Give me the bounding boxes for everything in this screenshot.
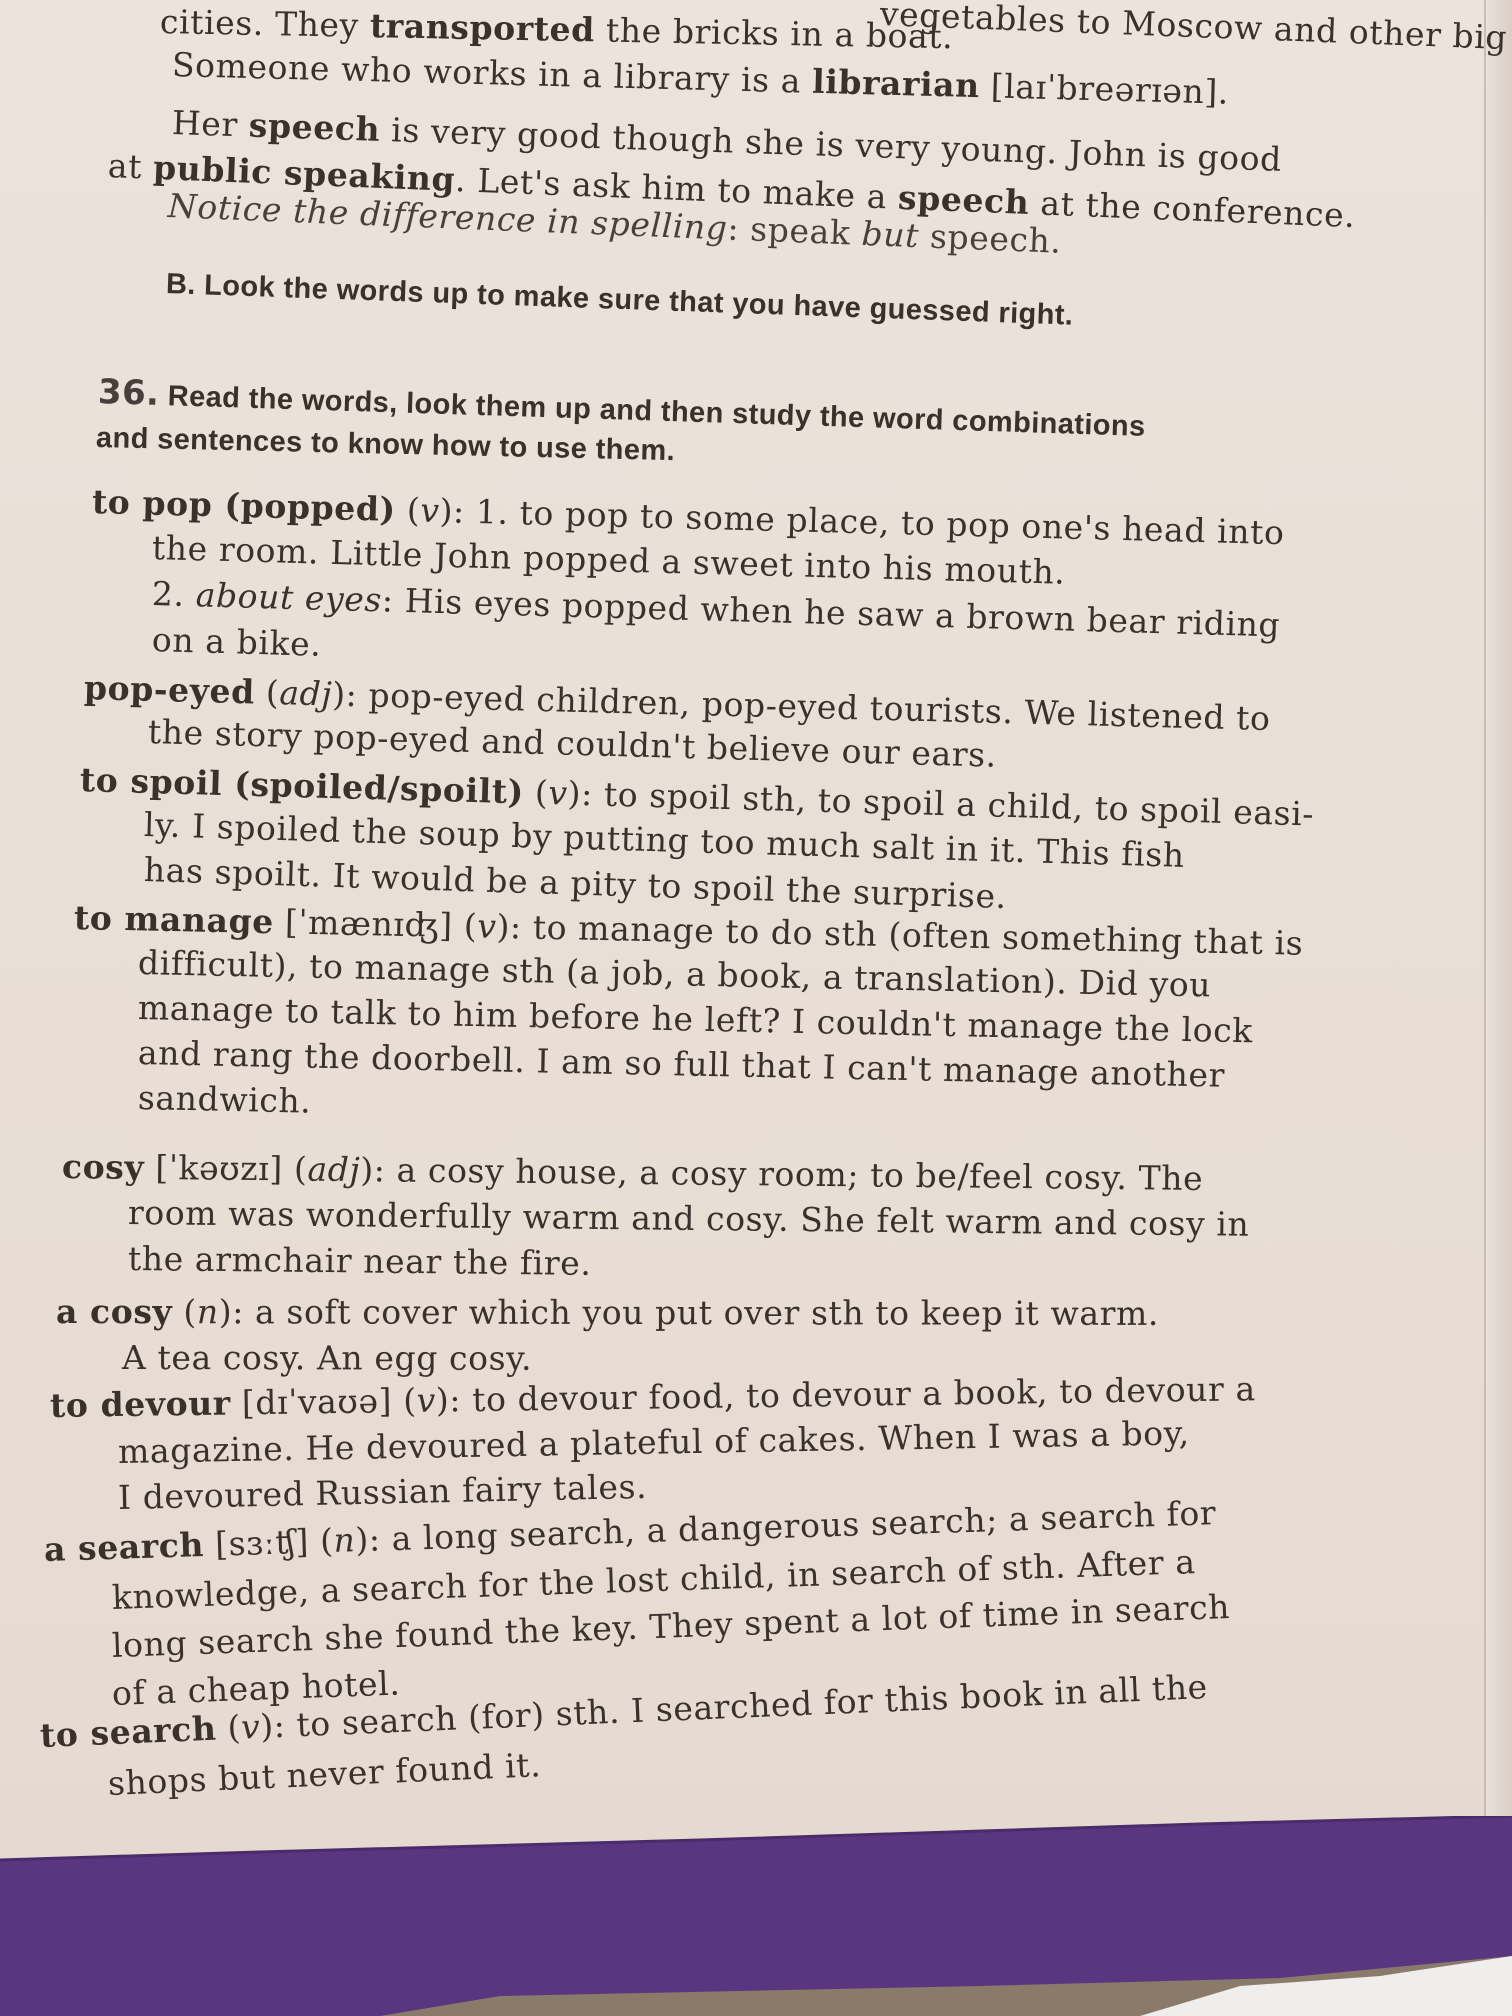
- entry-continuation-line: I devoured Russian fairy tales.: [118, 1467, 648, 1517]
- entry-continuation-line: sandwich.: [138, 1078, 312, 1121]
- part-of-speech: (adj):: [294, 1149, 386, 1189]
- entry-continuation-line: the armchair near the fire.: [128, 1239, 592, 1283]
- part-of-speech: (n):: [319, 1519, 381, 1560]
- transcription: [ˈmænɪʤ]: [285, 902, 454, 945]
- exercise-instruction-line-2: and sentences to know how to use them.: [96, 422, 676, 468]
- transcription: [dɪˈvaʊə]: [242, 1381, 393, 1422]
- headword: to pop (popped): [91, 482, 396, 529]
- textbook-photo: cities. They transported the bricks in a…: [0, 0, 1512, 2016]
- entry-text: a soft cover which you put over sth to k…: [255, 1292, 1159, 1333]
- entry-text: to devour food, to devour a book, to dev…: [472, 1369, 1256, 1419]
- intro-line-1-tail: vegetables to Moscow and other big: [879, 0, 1508, 57]
- task-b: B. Look the words up to make sure that y…: [165, 268, 1073, 333]
- entry-continuation-line: room was wonderfully warm and cosy. She …: [128, 1193, 1250, 1244]
- entry-head-line: a cosy (n): a soft cover which you put o…: [56, 1292, 1159, 1333]
- entry-continuation-line: magazine. He devoured a plateful of cake…: [118, 1413, 1190, 1471]
- entry-text: a cosy house, a cosy room; to be/feel co…: [396, 1151, 1203, 1198]
- part-of-speech: (v):: [403, 1380, 461, 1420]
- intro-line-2: Someone who works in a library is a libr…: [171, 45, 1229, 112]
- transcription: [sɜːʧ]: [215, 1522, 310, 1564]
- entry-continuation-line: shops but never found it.: [107, 1745, 542, 1803]
- part-of-speech: (v):: [463, 906, 522, 946]
- background-fabric: [380, 1956, 1512, 2016]
- entry-continuation-line: A tea cosy. An egg cosy.: [122, 1338, 532, 1378]
- page-edge: [1484, 0, 1512, 1870]
- exercise-number: 36.: [97, 372, 160, 414]
- entry-head-line: cosy [ˈkəʊzɪ] (adj): a cosy house, a cos…: [62, 1147, 1204, 1198]
- part-of-speech: (v):: [227, 1706, 287, 1747]
- headword: to search: [39, 1709, 217, 1755]
- part-of-speech: (adj):: [265, 673, 358, 714]
- headword: cosy: [62, 1147, 145, 1187]
- part-of-speech: (v):: [406, 490, 465, 531]
- part-of-speech: (n):: [183, 1292, 244, 1331]
- entry-text: to search (for) sth. I searched for this…: [296, 1667, 1209, 1744]
- headword: a search: [43, 1525, 204, 1569]
- part-of-speech: (v):: [534, 773, 593, 814]
- headword: pop-eyed: [83, 668, 255, 711]
- headword: to spoil (spoiled/spoilt): [79, 760, 524, 811]
- headword: a cosy: [56, 1292, 172, 1331]
- entry-continuation-line: on a bike.: [151, 620, 322, 664]
- transcription: [ˈkəʊzɪ]: [155, 1148, 283, 1188]
- headword: to manage: [74, 898, 275, 941]
- headword: to devour: [50, 1383, 231, 1425]
